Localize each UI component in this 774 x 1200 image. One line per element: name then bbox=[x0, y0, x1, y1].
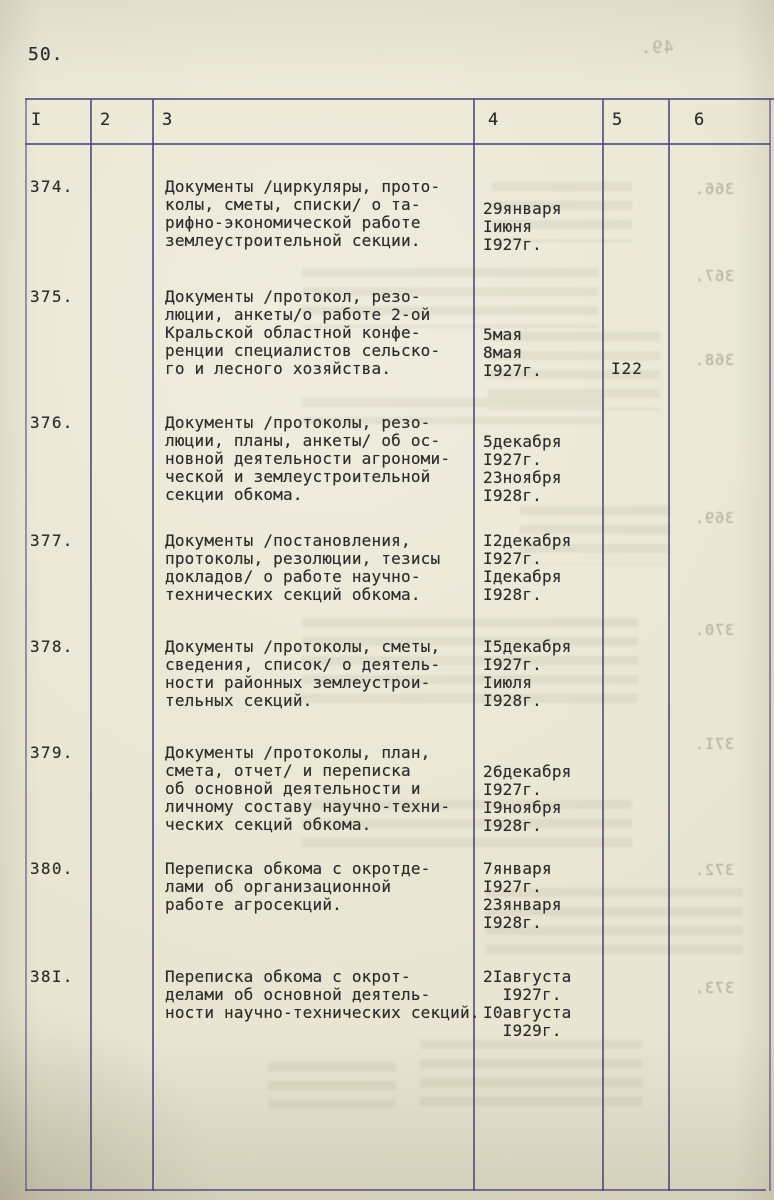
bleed-through-number: 372. bbox=[694, 861, 734, 879]
table-column-rule bbox=[473, 99, 475, 1191]
table-header-rule bbox=[25, 143, 770, 145]
row-description: Документы /протоколы, сметы, сведения, с… bbox=[165, 638, 440, 710]
bleed-through-text bbox=[268, 1062, 396, 1108]
column-header-6: 6 bbox=[694, 110, 704, 130]
table-top-rule bbox=[25, 98, 774, 100]
row-number: 376. bbox=[30, 414, 74, 432]
bleed-through-text bbox=[420, 1040, 642, 1106]
row-description: Документы /циркуляры, прото- колы, сметы… bbox=[165, 178, 440, 250]
column-header-4: 4 bbox=[488, 110, 498, 130]
row-number: 38I. bbox=[30, 968, 74, 986]
column-header-3: 3 bbox=[162, 110, 172, 130]
row-description: Документы /постановления, протоколы, рез… bbox=[165, 532, 440, 604]
row-number: 378. bbox=[30, 638, 74, 656]
bleed-through-number: 367. bbox=[694, 267, 734, 285]
row-dates: 7января I927г. 23января I928г. bbox=[483, 860, 562, 932]
row-description: Переписка обкома с окротде- лами об орга… bbox=[165, 860, 431, 914]
row-number: 377. bbox=[30, 532, 74, 550]
table-column-rule bbox=[25, 99, 27, 1191]
bleed-through-number: 370. bbox=[694, 621, 734, 639]
row-number: 375. bbox=[30, 288, 74, 306]
table-column-rule bbox=[769, 99, 771, 1191]
row-description: Документы /протоколы, резо- люции, планы… bbox=[165, 414, 450, 504]
bleed-through-number: 373. bbox=[694, 979, 734, 997]
row-dates: 26декабря I927г. I9ноября I928г. bbox=[483, 763, 572, 835]
table-column-rule bbox=[90, 99, 92, 1191]
row-dates: 5мая 8мая I927г. bbox=[483, 326, 542, 380]
column-header-2: 2 bbox=[100, 110, 110, 130]
bleed-through-number: 366. bbox=[694, 180, 734, 198]
row-number: 374. bbox=[30, 178, 74, 196]
bleed-through-page-number: 49. bbox=[640, 38, 674, 58]
row-number: 379. bbox=[30, 744, 74, 762]
bleed-through-number: 37I. bbox=[694, 735, 734, 753]
row-description: Переписка обкома с окрот- делами об осно… bbox=[165, 968, 480, 1022]
table-column-rule bbox=[602, 99, 604, 1191]
document-page: 50. 49. 366. 367. 368. 369. 370. 37I. 37… bbox=[0, 0, 774, 1200]
page-number: 50. bbox=[28, 44, 64, 65]
table-column-rule bbox=[668, 99, 670, 1191]
bleed-through-number: 368. bbox=[694, 351, 734, 369]
table-column-rule bbox=[152, 99, 154, 1191]
column-header-1: I bbox=[31, 110, 41, 130]
row-dates: 29января Iиюня I927г. bbox=[483, 200, 562, 254]
row-dates: 2Iавгуста I927г. I0августа I929г. bbox=[483, 968, 572, 1040]
row-description: Документы /протокол, резо- люции, анкеты… bbox=[165, 288, 440, 378]
row-sheet-count: I22 bbox=[611, 360, 643, 378]
column-header-5: 5 bbox=[612, 110, 622, 130]
bleed-through-number: 369. bbox=[694, 509, 734, 527]
row-dates: 5декабря I927г. 23ноября I928г. bbox=[483, 433, 562, 505]
row-dates: I5декабря I927г. Iиюля I928г. bbox=[483, 638, 572, 710]
row-description: Документы /протоколы, план, смета, отчет… bbox=[165, 744, 450, 834]
row-number: 380. bbox=[30, 860, 74, 878]
row-dates: I2декабря I927г. Iдекабря I928г. bbox=[483, 532, 572, 604]
table-bottom-rule bbox=[25, 1189, 766, 1191]
